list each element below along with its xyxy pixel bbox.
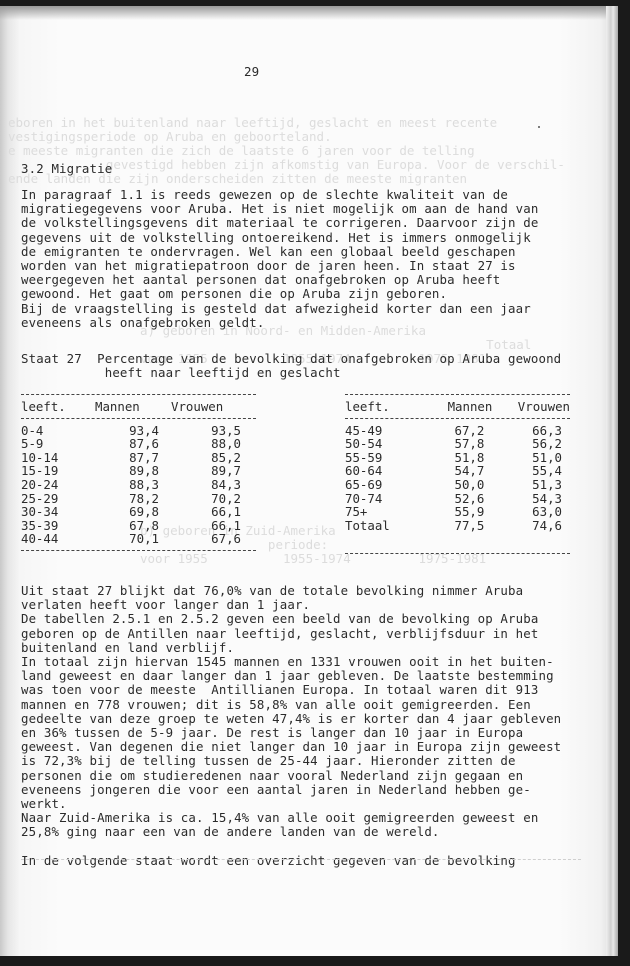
text-line: weergegeven het aantal personen dat onaf… (21, 273, 538, 287)
table-left-half: leeft. Mannen Vrouwen 0-493,493,55-987,6… (21, 394, 256, 551)
cell-women: 66,1 (171, 505, 251, 519)
cell-age: 15-19 (21, 464, 95, 478)
cell-age: 55-59 (345, 451, 415, 465)
table-row: 65-6950,051,3 (345, 478, 570, 492)
text-line: 25,8% ging naar een van de andere landen… (21, 825, 561, 839)
cell-women: 89,7 (171, 464, 251, 478)
text-line: was toen voor de meeste Antillianen Euro… (21, 683, 561, 697)
cell-men: 87,7 (95, 451, 171, 465)
cell-women: 74,6 (492, 519, 570, 533)
page-edge (606, 6, 618, 956)
table-row: 35-3967,866,1 (21, 519, 256, 533)
header-women: Vrouwen (171, 400, 251, 414)
text-line: geboren op de Antillen naar leeftijd, ge… (21, 627, 561, 641)
cell-men: 93,4 (95, 424, 171, 438)
text-line: geweest. Van degenen die niet langer dan… (21, 740, 561, 754)
cell-men: 50,0 (415, 478, 493, 492)
cell-age: 5-9 (21, 437, 95, 451)
cell-men: 77,5 (415, 519, 493, 533)
cell-age: Totaal (345, 519, 415, 533)
cell-age: 50-54 (345, 437, 415, 451)
cell-age: 30-34 (21, 505, 95, 519)
cell-men: 51,8 (415, 451, 493, 465)
text-line: migratiegegevens voor Aruba. Het is niet… (21, 202, 538, 216)
text-line: Naar Zuid-Amerika is ca. 15,4% van alle … (21, 811, 561, 825)
cell-age: 40-44 (21, 532, 95, 546)
cell-age: 35-39 (21, 519, 95, 533)
page-top-shadow (0, 6, 618, 20)
table-rule (21, 394, 256, 395)
cell-men: 89,8 (95, 464, 171, 478)
scan-speck (538, 126, 540, 128)
scanned-page: eboren in het buitenland naar leeftijd, … (0, 6, 618, 956)
table-row: 70-7452,654,3 (345, 492, 570, 506)
text-line: gegevens uit de volkstelling ontoereiken… (21, 231, 538, 245)
table-row: 20-2488,384,3 (21, 478, 256, 492)
text-line: land geweest en daar langer dan 1 jaar g… (21, 669, 561, 683)
table-rule (21, 550, 256, 551)
table-body-right: 45-4967,266,350-5457,856,255-5951,851,06… (345, 424, 570, 533)
table-rule (345, 394, 570, 395)
text-line (21, 840, 561, 854)
text-line: en 36% tussen de 5-9 jaar. De rest is la… (21, 726, 561, 740)
cell-men: 67,2 (415, 424, 493, 438)
text-line: gewoond. Het gaat om personen die op Aru… (21, 287, 538, 301)
table-body-left: 0-493,493,55-987,688,010-1487,785,215-19… (21, 424, 256, 546)
caption-line: Staat 27 Percentage van de bevolking dat… (21, 352, 561, 366)
cell-age: 45-49 (345, 424, 415, 438)
header-men: Mannen (95, 400, 171, 414)
table-row: 25-2978,270,2 (21, 492, 256, 506)
table-caption: Staat 27 Percentage van de bevolking dat… (21, 352, 561, 380)
table-rule (345, 418, 570, 419)
table-right-half: leeft. Mannen Vrouwen 45-4967,266,350-54… (345, 394, 570, 554)
table-row: 50-5457,856,2 (345, 437, 570, 451)
table-rule (345, 553, 570, 554)
cell-women: 88,0 (171, 437, 251, 451)
table-row: 5-987,688,0 (21, 437, 256, 451)
cell-men: 52,6 (415, 492, 493, 506)
cell-women: 51,0 (492, 451, 570, 465)
table-row: 10-1487,785,2 (21, 451, 256, 465)
cell-women: 51,3 (492, 478, 570, 492)
cell-women: 85,2 (171, 451, 251, 465)
cell-men: 57,8 (415, 437, 493, 451)
bottom-rule (21, 859, 581, 860)
text-line: werkt. (21, 797, 561, 811)
cell-men: 54,7 (415, 464, 493, 478)
text-line: In de volgende staat wordt een overzicht… (21, 854, 561, 868)
text-line: buitenland en land verblijf. (21, 641, 561, 655)
cell-age: 70-74 (345, 492, 415, 506)
cell-age: 0-4 (21, 424, 95, 438)
cell-women: 63,0 (492, 505, 570, 519)
cell-age: 60-64 (345, 464, 415, 478)
cell-women: 66,3 (492, 424, 570, 438)
text-line: verlaten heeft voor langer dan 1 jaar. (21, 598, 561, 612)
cell-women: 70,2 (171, 492, 251, 506)
text-line: In totaal zijn hiervan 1545 mannen en 13… (21, 655, 561, 669)
text-line: In paragraaf 1.1 is reeds gewezen op de … (21, 188, 538, 202)
table-row: 40-4470,167,6 (21, 532, 256, 546)
cell-men: 70,1 (95, 532, 171, 546)
page-number: 29 (244, 64, 259, 79)
cell-age: 25-29 (21, 492, 95, 506)
paragraph-intro: In paragraaf 1.1 is reeds gewezen op de … (21, 188, 538, 330)
caption-line: heeft naar leeftijd en geslacht (21, 366, 561, 380)
cell-women: 93,5 (171, 424, 251, 438)
header-women: Vrouwen (492, 400, 570, 414)
cell-women: 66,1 (171, 519, 251, 533)
table-row: 60-6454,755,4 (345, 464, 570, 478)
cell-men: 55,9 (415, 505, 493, 519)
header-age: leeft. (345, 400, 415, 414)
cell-women: 84,3 (171, 478, 251, 492)
table-row: 15-1989,889,7 (21, 464, 256, 478)
text-line: mannen en 778 vrouwen; dit is 58,8% van … (21, 698, 561, 712)
header-age: leeft. (21, 400, 95, 414)
text-line: is 72,3% bij de telling tussen de 25-44 … (21, 754, 561, 768)
cell-age: 65-69 (345, 478, 415, 492)
cell-women: 56,2 (492, 437, 570, 451)
text-line: eveneens als onafgebroken geldt. (21, 316, 538, 330)
table-row: 0-493,493,5 (21, 424, 256, 438)
text-line: de volkstellingsgevens dit materiaal te … (21, 216, 538, 230)
text-line: personen die om studieredenen naar voora… (21, 769, 561, 783)
cell-women: 67,6 (171, 532, 251, 546)
cell-men: 69,8 (95, 505, 171, 519)
cell-age: 75+ (345, 505, 415, 519)
table-row: 75+55,963,0 (345, 505, 570, 519)
cell-age: 10-14 (21, 451, 95, 465)
table-header-row: leeft. Mannen Vrouwen (345, 400, 570, 414)
text-line: de emigranten te ondervragen. Wel kan ee… (21, 245, 538, 259)
text-line: gedeelte van deze groep te weten 47,4% i… (21, 712, 561, 726)
cell-men: 78,2 (95, 492, 171, 506)
cell-men: 67,8 (95, 519, 171, 533)
table-row: 30-3469,866,1 (21, 505, 256, 519)
table-row: Totaal77,574,6 (345, 519, 570, 533)
text-line: Bij de vraagstelling is gesteld dat afwe… (21, 302, 538, 316)
cell-women: 54,3 (492, 492, 570, 506)
paragraph-analysis: Uit staat 27 blijkt dat 76,0% van de tot… (21, 584, 561, 868)
table-row: 45-4967,266,3 (345, 424, 570, 438)
text-line: worden van het migratiepatroon door de j… (21, 259, 538, 273)
table-row: 55-5951,851,0 (345, 451, 570, 465)
table-rule (21, 418, 256, 419)
cell-women: 55,4 (492, 464, 570, 478)
text-line: Uit staat 27 blijkt dat 76,0% van de tot… (21, 584, 561, 598)
cell-men: 87,6 (95, 437, 171, 451)
text-line: De tabellen 2.5.1 en 2.5.2 geven een bee… (21, 612, 561, 626)
cell-age: 20-24 (21, 478, 95, 492)
table-header-row: leeft. Mannen Vrouwen (21, 400, 256, 414)
section-title: 3.2 Migratie (21, 161, 112, 176)
cell-men: 88,3 (95, 478, 171, 492)
text-line: eveneens jongeren die voor een aantal ja… (21, 783, 561, 797)
header-men: Mannen (415, 400, 493, 414)
